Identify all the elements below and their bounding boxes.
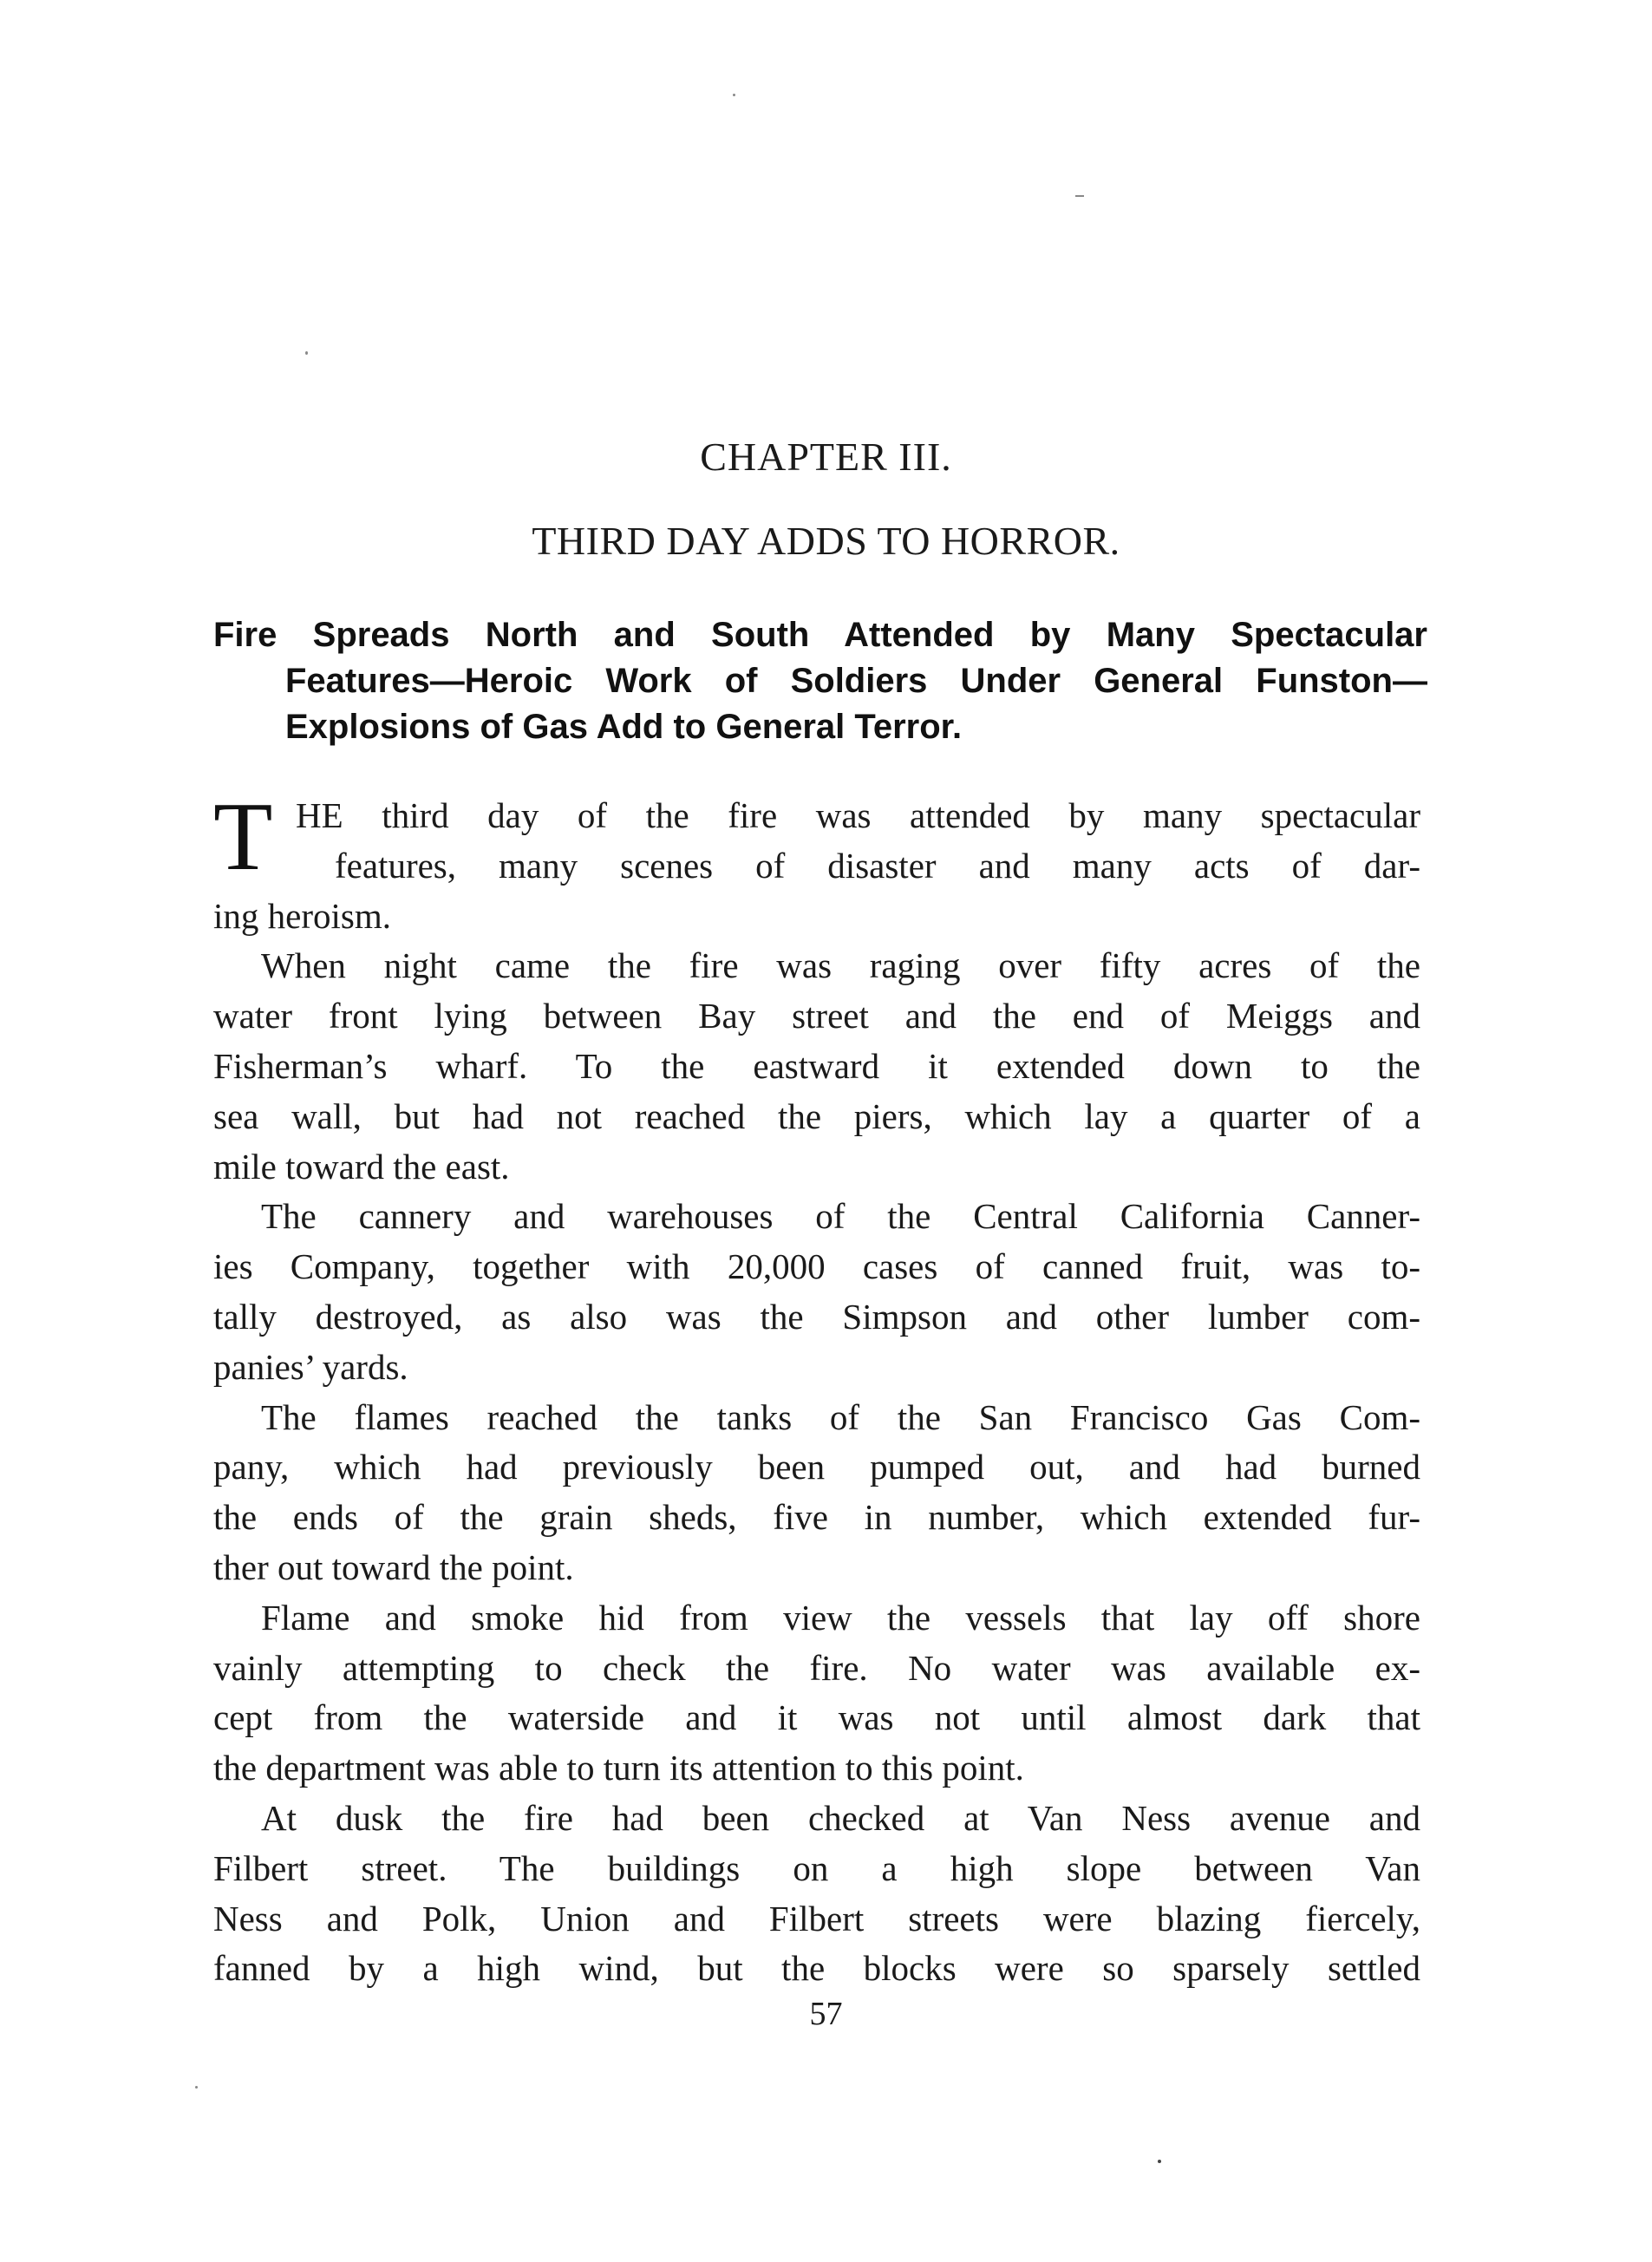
text-line: Fisherman’s wharf. To the eastward it ex…	[213, 1042, 1420, 1092]
text-line: pany, which had previously been pumped o…	[213, 1442, 1420, 1493]
text-line: fanned by a high wind, but the blocks we…	[213, 1944, 1420, 1994]
text-line: The flames reached the tanks of the San …	[213, 1393, 1420, 1443]
subheading-line: Fire Spreads North and South Attended by…	[213, 612, 1427, 658]
scan-speck	[1075, 195, 1084, 197]
text-line: features, many scenes of disaster and ma…	[213, 841, 1420, 892]
text-line: Ness and Polk, Union and Filbert streets…	[213, 1894, 1420, 1945]
text-line: At dusk the fire had been checked at Van…	[213, 1794, 1420, 1844]
text-line: ther out toward the point.	[213, 1543, 1420, 1593]
text-line: When night came the fire was raging over…	[213, 941, 1420, 991]
text-line: The cannery and warehouses of the Centra…	[213, 1192, 1420, 1242]
scan-speck	[195, 2086, 198, 2089]
text-line: ies Company, together with 20,000 cases …	[213, 1242, 1420, 1292]
page-number: 57	[0, 1995, 1652, 2033]
subheading-line: Features—Heroic Work of Soldiers Under G…	[213, 658, 1427, 704]
subheading-line: Explosions of Gas Add to General Terror.	[213, 704, 1427, 750]
scan-speck	[305, 351, 308, 355]
scan-speck	[733, 94, 735, 96]
chapter-subheading: Fire Spreads North and South Attended by…	[213, 612, 1427, 750]
book-page: CHAPTER III. THIRD DAY ADDS TO HORROR. F…	[0, 0, 1652, 2262]
text-line: Filbert street. The buildings on a high …	[213, 1844, 1420, 1894]
text-line: ing heroism.	[213, 892, 1420, 942]
text-line: HE third day of the fire was attended by…	[213, 791, 1420, 841]
scan-speck	[1158, 2160, 1161, 2163]
text-line: cept from the waterside and it was not u…	[213, 1693, 1420, 1743]
chapter-number: CHAPTER III.	[0, 434, 1652, 480]
body-text: HE third day of the fire was attended by…	[213, 791, 1420, 1994]
text-line: sea wall, but had not reached the piers,…	[213, 1092, 1420, 1142]
text-line: panies’ yards.	[213, 1343, 1420, 1393]
chapter-title: THIRD DAY ADDS TO HORROR.	[0, 518, 1652, 564]
text-line: vainly attempting to check the fire. No …	[213, 1644, 1420, 1694]
text-line: tally destroyed, as also was the Simpson…	[213, 1292, 1420, 1343]
text-line: the department was able to turn its atte…	[213, 1743, 1420, 1794]
text-line: the ends of the grain sheds, five in num…	[213, 1493, 1420, 1543]
text-line: water front lying between Bay street and…	[213, 991, 1420, 1042]
text-line: Flame and smoke hid from view the vessel…	[213, 1593, 1420, 1644]
text-line: mile toward the east.	[213, 1142, 1420, 1193]
